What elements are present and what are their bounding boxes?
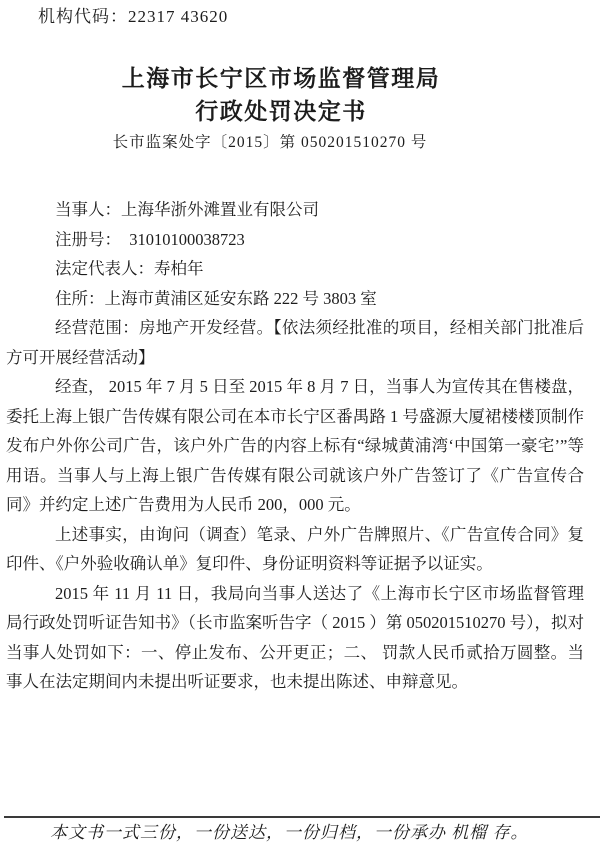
party-line-registration-number: 注册号： 31010100038723 [6,225,584,255]
party-line-defendant: 当事人：上海华浙外滩置业有限公司 [6,195,584,225]
paragraph-hearing-notice: 2015 年 11 月 11 日，我局向当事人送达了《上海市长宁区市场监督管理局… [6,579,584,697]
page: 机构代码：22317 43620 上海市长宁区市场监督管理局 行政处罚决定书 长… [0,0,600,847]
findings-section: 经查， 2015 年 7 月 5 日至 2015 年 8 月 7 日，当事人为宣… [6,372,584,697]
document-title: 上海市长宁区市场监督管理局 行政处罚决定书 [0,62,600,128]
org-code-line: 机构代码：22317 43620 [0,0,600,28]
title-line-1: 上海市长宁区市场监督管理局 [0,62,562,95]
paragraph-evidence: 上述事实，由询问（调查）笔录、户外广告牌照片、《广告宣传合同》复印件、《户外验收… [6,520,584,579]
party-line-address: 住所：上海市黄浦区延安东路 222 号 3803 室 [6,284,584,314]
document-footer: 本文书一式三份，一份送达，一份归档，一份承办 机榴 存。 [0,816,600,845]
title-line-2: 行政处罚决定书 [0,95,562,128]
party-line-legal-representative: 法定代表人：寿柏年 [6,254,584,284]
party-line-business-scope: 经营范围：房地产开发经营。【依法须经批准的项目，经相关部门批准后方可开展经营活动… [6,313,584,372]
document-body: 当事人：上海华浙外滩置业有限公司 注册号： 31010100038723 法定代… [6,195,584,697]
footer-distribution-note: 本文书一式三份，一份送达，一份归档，一份承办 机榴 存。 [0,821,600,845]
party-info-section: 当事人：上海华浙外滩置业有限公司 注册号： 31010100038723 法定代… [6,195,584,372]
case-number-line: 长市监案处字〔2015〕第 050201510270 号 [0,133,600,153]
footer-divider [4,816,600,818]
paragraph-findings: 经查， 2015 年 7 月 5 日至 2015 年 8 月 7 日，当事人为宣… [6,372,584,520]
